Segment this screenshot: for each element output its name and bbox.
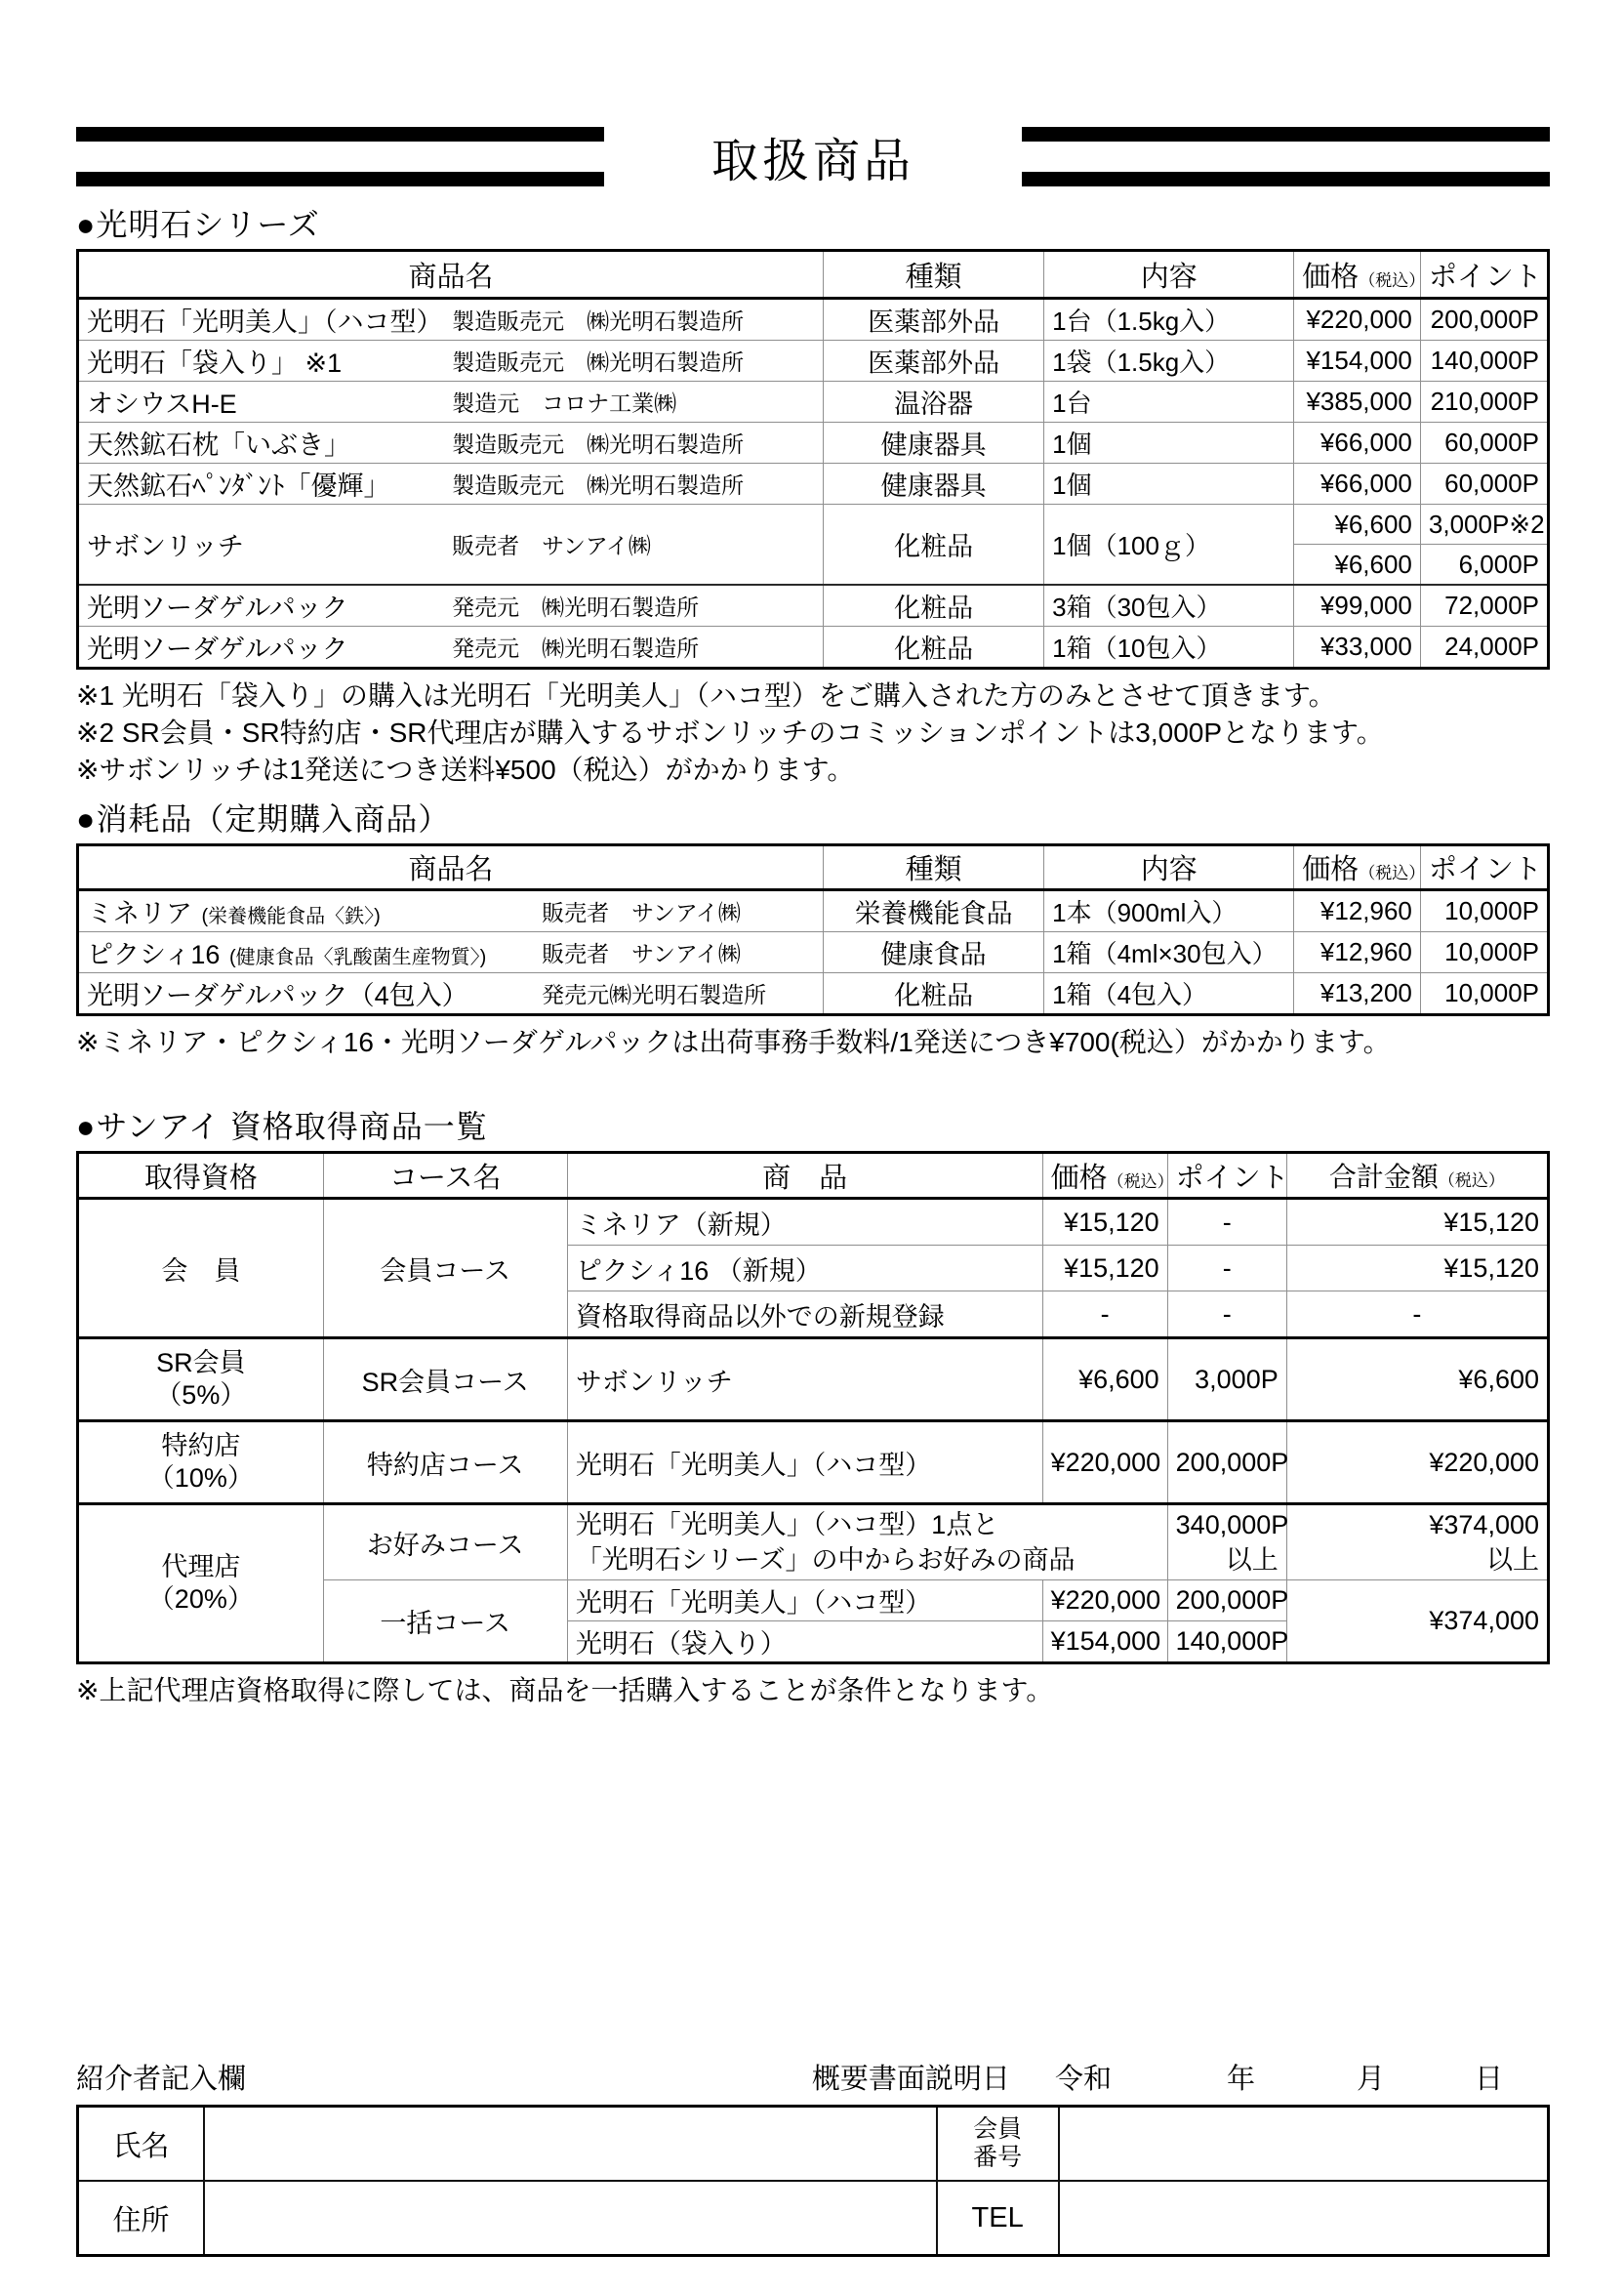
tax-label: （税込） bbox=[1108, 1172, 1174, 1191]
product-maker: 製造販売元 ㈱光明石製造所 bbox=[452, 468, 815, 500]
content-cell: 1個 bbox=[1044, 464, 1294, 505]
content-cell: 1袋（1.5kg入） bbox=[1044, 341, 1294, 382]
rank-cell: 特約店（10%） bbox=[78, 1421, 324, 1504]
product-maker: 発売元 ㈱光明石製造所 bbox=[452, 631, 815, 663]
title-rule-right bbox=[1022, 127, 1550, 186]
content-cell: 1本（900ml入） bbox=[1044, 890, 1294, 932]
product-maker: 販売者 サンアイ㈱ bbox=[452, 528, 815, 560]
product-name: 天然鉱石枕「いぶき」 bbox=[87, 424, 452, 462]
course-cell: 一括コース bbox=[323, 1580, 567, 1663]
product-name: ミネリア bbox=[87, 899, 192, 928]
type-cell: 温浴器 bbox=[824, 382, 1044, 423]
course-cell: 特約店コース bbox=[323, 1421, 567, 1504]
points-cell: 10,000P bbox=[1420, 890, 1548, 932]
price-cell: ¥66,000 bbox=[1294, 423, 1421, 464]
price-label: 価格 bbox=[1051, 1163, 1108, 1194]
col-header-price: 価格（税込） bbox=[1042, 1153, 1167, 1199]
price-cell: ¥220,000 bbox=[1042, 1580, 1167, 1621]
tax-label: （税込） bbox=[1359, 271, 1425, 290]
col-header-product: 商品名 bbox=[78, 845, 824, 890]
product-cell: 光明石「光明美人」（ハコ型） bbox=[567, 1580, 1042, 1621]
era-label: 令和 bbox=[1055, 2057, 1112, 2097]
type-cell: 栄養機能食品 bbox=[824, 890, 1044, 932]
qualification-table: 取得資格 コース名 商 品 価格（税込） ポイント 合計金額（税込） 会 員 会… bbox=[76, 1151, 1550, 1664]
table-row: 天然鉱石ﾍﾟﾝﾀﾞﾝﾄ「優輝」製造販売元 ㈱光明石製造所 健康器具 1個 ¥66… bbox=[78, 464, 1549, 505]
tax-label: （税込） bbox=[1439, 1171, 1505, 1190]
product-cell: 光明石「光明美人」（ハコ型）1点と「光明石シリーズ」の中からお好みの商品 bbox=[567, 1504, 1167, 1580]
points-cell: 200,000P bbox=[1167, 1421, 1286, 1504]
col-header-product: 商品名 bbox=[78, 251, 824, 299]
product-maker: 製造元 コロナ工業㈱ bbox=[452, 386, 815, 418]
points-cell: - bbox=[1167, 1199, 1286, 1246]
points-cell: 10,000P bbox=[1420, 932, 1548, 973]
col-header-points: ポイント bbox=[1420, 845, 1548, 890]
consumables-notes: ※ミネリア・ピクシィ16・光明ソーダゲルパックは出荷事務手数料/1発送につき¥7… bbox=[76, 1024, 1550, 1061]
document-header: 取扱商品 bbox=[76, 0, 1550, 190]
section-heading-komyoseki-series: ●光明石シリーズ bbox=[76, 206, 1550, 243]
price-cell: ¥220,000 bbox=[1294, 299, 1421, 341]
table-row: ピクシィ16 (健康食品〈乳酸菌生産物質〉)販売者 サンアイ㈱ 健康食品 1箱（… bbox=[78, 932, 1549, 973]
series-notes: ※1 光明石「袋入り」の購入は光明石「光明美人」（ハコ型）をご購入された方のみと… bbox=[76, 677, 1550, 789]
price-cell: ¥385,000 bbox=[1294, 382, 1421, 423]
product-line2: 「光明石シリーズ」の中からお好みの商品 bbox=[576, 1542, 1159, 1578]
table-row: 会 員 会員コース ミネリア（新規） ¥15,120 - ¥15,120 bbox=[78, 1199, 1549, 1246]
total-cell: - bbox=[1286, 1291, 1548, 1338]
product-name: 天然鉱石ﾍﾟﾝﾀﾞﾝﾄ「優輝」 bbox=[87, 465, 452, 503]
course-cell: 会員コース bbox=[323, 1199, 567, 1338]
form-member-no-input-area[interactable] bbox=[1059, 2107, 1549, 2182]
table-row: 光明石「光明美人」（ハコ型）製造販売元 ㈱光明石製造所 医薬部外品 1台（1.5… bbox=[78, 299, 1549, 341]
member-no-line1: 会員 bbox=[939, 2115, 1057, 2144]
document-page: 取扱商品 ●光明石シリーズ 商品名 種類 内容 価格（税込） ポイント 光明石「… bbox=[0, 0, 1624, 2295]
type-cell: 化粧品 bbox=[824, 973, 1044, 1015]
points-cell: 340,000P以上 bbox=[1167, 1504, 1286, 1580]
price-cell: ¥220,000 bbox=[1042, 1421, 1167, 1504]
type-cell: 医薬部外品 bbox=[824, 299, 1044, 341]
product-name: 光明ソーダゲルパック bbox=[87, 628, 452, 666]
product-cell: 光明石（袋入り） bbox=[567, 1621, 1042, 1663]
price-cell: - bbox=[1042, 1291, 1167, 1338]
rank-line2: （5%） bbox=[87, 1379, 315, 1412]
col-header-content: 内容 bbox=[1044, 251, 1294, 299]
product-name: 光明石「袋入り」 ※1 bbox=[87, 342, 452, 380]
komyoseki-series-table: 商品名 種類 内容 価格（税込） ポイント 光明石「光明美人」（ハコ型）製造販売… bbox=[76, 249, 1550, 670]
tax-label: （税込） bbox=[1359, 864, 1425, 882]
total-line1: ¥374,000 bbox=[1295, 1507, 1539, 1542]
total-cell: ¥220,000 bbox=[1286, 1421, 1548, 1504]
points-cell: - bbox=[1167, 1291, 1286, 1338]
type-cell: 化粧品 bbox=[824, 627, 1044, 669]
month-label: 月 bbox=[1357, 2057, 1385, 2097]
content-cell: 1箱（4ml×30包入） bbox=[1044, 932, 1294, 973]
col-header-product: 商 品 bbox=[567, 1153, 1042, 1199]
product-cell: 光明石「光明美人」（ハコ型） bbox=[567, 1421, 1042, 1504]
content-cell: 1個 bbox=[1044, 423, 1294, 464]
product-annotation: (栄養機能食品〈鉄〉) bbox=[202, 906, 381, 927]
note-text: ※サボンリッチは1発送につき送料¥500（税込）がかかります。 bbox=[76, 752, 1550, 789]
content-cell: 1箱（10包入） bbox=[1044, 627, 1294, 669]
product-name: オシウスH-E bbox=[87, 383, 452, 421]
points-cell: 10,000P bbox=[1420, 973, 1548, 1015]
title-rule-left bbox=[76, 127, 604, 186]
table-header-row: 商品名 種類 内容 価格（税込） ポイント bbox=[78, 845, 1549, 890]
total-cell: ¥6,600 bbox=[1286, 1338, 1548, 1421]
price-cell: ¥13,200 bbox=[1294, 973, 1421, 1015]
product-cell: サボンリッチ bbox=[567, 1338, 1042, 1421]
form-row-name: 氏名 会員番号 bbox=[78, 2107, 1549, 2182]
price-label: 価格 bbox=[1302, 262, 1359, 293]
section-heading-consumables: ●消耗品（定期購入商品） bbox=[76, 800, 1550, 838]
points-cell: 3,000P bbox=[1167, 1338, 1286, 1421]
rank-line1: 代理店 bbox=[87, 1551, 315, 1583]
product-maker: 発売元㈱光明石製造所 bbox=[542, 977, 815, 1009]
table-row: 天然鉱石枕「いぶき」製造販売元 ㈱光明石製造所 健康器具 1個 ¥66,000 … bbox=[78, 423, 1549, 464]
col-header-points: ポイント bbox=[1167, 1153, 1286, 1199]
member-no-line2: 番号 bbox=[939, 2144, 1057, 2172]
form-address-input-area[interactable] bbox=[204, 2181, 936, 2256]
form-header: 紹介者記入欄 概要書面説明日 令和 年 月 日 bbox=[76, 2057, 1550, 2097]
table-row: SR会員（5%） SR会員コース サボンリッチ ¥6,600 3,000P ¥6… bbox=[78, 1338, 1549, 1421]
product-name: 光明石「光明美人」（ハコ型） bbox=[87, 301, 452, 339]
rank-cell: 会 員 bbox=[78, 1199, 324, 1338]
page-title: 取扱商品 bbox=[604, 123, 1022, 190]
rank-cell: 代理店（20%） bbox=[78, 1504, 324, 1663]
points-cell: 60,000P bbox=[1420, 464, 1548, 505]
qualification-notes: ※上記代理店資格取得に際しては、商品を一括購入することが条件となります。 bbox=[76, 1672, 1550, 1709]
rule-bar bbox=[76, 127, 604, 142]
rank-line2: （10%） bbox=[87, 1462, 315, 1495]
points-cell: - bbox=[1167, 1246, 1286, 1291]
product-maker: 製造販売元 ㈱光明石製造所 bbox=[452, 304, 815, 336]
content-cell: 3箱（30包入） bbox=[1044, 585, 1294, 627]
form-tel-input-area[interactable] bbox=[1059, 2181, 1549, 2256]
product-cell: ミネリア（新規） bbox=[567, 1199, 1042, 1246]
section-heading-qualification: ●サンアイ 資格取得商品一覧 bbox=[76, 1108, 1550, 1145]
points-cell: 60,000P bbox=[1420, 423, 1548, 464]
product-name: 光明ソーダゲルパック（4包入） bbox=[87, 974, 542, 1012]
type-cell: 健康器具 bbox=[824, 464, 1044, 505]
price-cell: ¥6,600 bbox=[1042, 1338, 1167, 1421]
points-cell: 24,000P bbox=[1420, 627, 1548, 669]
price-cell: ¥99,000 bbox=[1294, 585, 1421, 627]
table-row: 光明石「袋入り」 ※1製造販売元 ㈱光明石製造所 医薬部外品 1袋（1.5kg入… bbox=[78, 341, 1549, 382]
table-row: 光明ソーダゲルパック発売元 ㈱光明石製造所 化粧品 3箱（30包入） ¥99,0… bbox=[78, 585, 1549, 627]
type-cell: 化粧品 bbox=[824, 585, 1044, 627]
col-header-type: 種類 bbox=[824, 845, 1044, 890]
rule-bar bbox=[76, 172, 604, 186]
product-name: サボンリッチ bbox=[87, 525, 452, 563]
table-row: ミネリア (栄養機能食品〈鉄〉)販売者 サンアイ㈱ 栄養機能食品 1本（900m… bbox=[78, 890, 1549, 932]
price-cell: ¥15,120 bbox=[1042, 1199, 1167, 1246]
form-row-address: 住所 TEL bbox=[78, 2181, 1549, 2256]
total-cell: ¥15,120 bbox=[1286, 1246, 1548, 1291]
table-row: 代理店（20%） お好みコース 光明石「光明美人」（ハコ型）1点と「光明石シリー… bbox=[78, 1504, 1549, 1580]
referrer-form-table: 氏名 会員番号 住所 TEL bbox=[76, 2105, 1550, 2257]
rule-bar bbox=[1022, 127, 1550, 142]
points-cell: 140,000P bbox=[1167, 1621, 1286, 1663]
points-cell: 210,000P bbox=[1420, 382, 1548, 423]
points-cell: 6,000P bbox=[1420, 545, 1548, 586]
form-address-label: 住所 bbox=[78, 2181, 205, 2256]
product-annotation: (健康食品〈乳酸菌生産物質〉) bbox=[229, 947, 486, 968]
price-cell: ¥33,000 bbox=[1294, 627, 1421, 669]
content-cell: 1個（100ｇ） bbox=[1044, 505, 1294, 586]
table-header-row: 商品名 種類 内容 価格（税込） ポイント bbox=[78, 251, 1549, 299]
content-cell: 1台 bbox=[1044, 382, 1294, 423]
col-header-type: 種類 bbox=[824, 251, 1044, 299]
note-text: ※上記代理店資格取得に際しては、商品を一括購入することが条件となります。 bbox=[76, 1672, 1550, 1709]
note-text: ※1 光明石「袋入り」の購入は光明石「光明美人」（ハコ型）をご購入された方のみと… bbox=[76, 677, 1550, 715]
table-row: サボンリッチ販売者 サンアイ㈱ 化粧品 1個（100ｇ） ¥6,600 3,00… bbox=[78, 505, 1549, 545]
rank-line1: SR会員 bbox=[87, 1347, 315, 1379]
col-header-rank: 取得資格 bbox=[78, 1153, 324, 1199]
content-cell: 1台（1.5kg入） bbox=[1044, 299, 1294, 341]
price-cell: ¥66,000 bbox=[1294, 464, 1421, 505]
note-text: ※2 SR会員・SR特約店・SR代理店が購入するサボンリッチのコミッションポイン… bbox=[76, 715, 1550, 752]
col-header-total: 合計金額（税込） bbox=[1286, 1153, 1548, 1199]
col-header-price: 価格（税込） bbox=[1294, 251, 1421, 299]
col-header-course: コース名 bbox=[323, 1153, 567, 1199]
product-line1: 光明石「光明美人」（ハコ型）1点と bbox=[576, 1507, 1159, 1542]
content-cell: 1箱（4包入） bbox=[1044, 973, 1294, 1015]
price-label: 価格 bbox=[1302, 854, 1359, 885]
total-cell: ¥15,120 bbox=[1286, 1199, 1548, 1246]
day-label: 日 bbox=[1475, 2057, 1503, 2097]
product-maker: 製造販売元 ㈱光明石製造所 bbox=[452, 427, 815, 459]
product-name: ピクシィ16 bbox=[87, 940, 220, 969]
total-label: 合計金額 bbox=[1329, 1162, 1439, 1192]
rank-line2: （20%） bbox=[87, 1583, 315, 1616]
points-cell: 72,000P bbox=[1420, 585, 1548, 627]
price-cell: ¥12,960 bbox=[1294, 890, 1421, 932]
table-header-row: 取得資格 コース名 商 品 価格（税込） ポイント 合計金額（税込） bbox=[78, 1153, 1549, 1199]
price-cell: ¥12,960 bbox=[1294, 932, 1421, 973]
table-row: 光明ソーダゲルパック（4包入）発売元㈱光明石製造所 化粧品 1箱（4包入） ¥1… bbox=[78, 973, 1549, 1015]
price-cell: ¥154,000 bbox=[1042, 1621, 1167, 1663]
table-row: 光明ソーダゲルパック発売元 ㈱光明石製造所 化粧品 1箱（10包入） ¥33,0… bbox=[78, 627, 1549, 669]
points-cell: 3,000P※2 bbox=[1420, 505, 1548, 545]
points-cell: 200,000P bbox=[1420, 299, 1548, 341]
form-name-input-area[interactable] bbox=[204, 2107, 936, 2182]
total-cell: ¥374,000以上 bbox=[1286, 1504, 1548, 1580]
product-maker: 販売者 サンアイ㈱ bbox=[542, 936, 815, 968]
type-cell: 健康食品 bbox=[824, 932, 1044, 973]
year-label: 年 bbox=[1227, 2057, 1255, 2097]
referrer-entry-label: 紹介者記入欄 bbox=[76, 2057, 246, 2097]
course-cell: SR会員コース bbox=[323, 1338, 567, 1421]
col-header-price: 価格（税込） bbox=[1294, 845, 1421, 890]
total-cell: ¥374,000 bbox=[1286, 1580, 1548, 1663]
col-header-content: 内容 bbox=[1044, 845, 1294, 890]
course-cell: お好みコース bbox=[323, 1504, 567, 1580]
price-cell: ¥15,120 bbox=[1042, 1246, 1167, 1291]
type-cell: 健康器具 bbox=[824, 423, 1044, 464]
table-row: 特約店（10%） 特約店コース 光明石「光明美人」（ハコ型） ¥220,000 … bbox=[78, 1421, 1549, 1504]
product-maker: 発売元 ㈱光明石製造所 bbox=[452, 590, 815, 622]
table-row: オシウスH-E製造元 コロナ工業㈱ 温浴器 1台 ¥385,000 210,00… bbox=[78, 382, 1549, 423]
price-cell: ¥6,600 bbox=[1294, 545, 1421, 586]
points-cell: 200,000P bbox=[1167, 1580, 1286, 1621]
product-cell: 資格取得商品以外での新規登録 bbox=[567, 1291, 1042, 1338]
note-text: ※ミネリア・ピクシィ16・光明ソーダゲルパックは出荷事務手数料/1発送につき¥7… bbox=[76, 1024, 1550, 1061]
summary-date-label: 概要書面説明日 bbox=[812, 2057, 1010, 2097]
price-cell: ¥6,600 bbox=[1294, 505, 1421, 545]
product-name: 光明ソーダゲルパック bbox=[87, 587, 452, 625]
col-header-points: ポイント bbox=[1420, 251, 1548, 299]
type-cell: 医薬部外品 bbox=[824, 341, 1044, 382]
points-cell: 140,000P bbox=[1420, 341, 1548, 382]
points-line2: 以上 bbox=[1176, 1542, 1279, 1578]
product-maker: 製造販売元 ㈱光明石製造所 bbox=[452, 345, 815, 377]
consumables-table: 商品名 種類 内容 価格（税込） ポイント ミネリア (栄養機能食品〈鉄〉)販売… bbox=[76, 843, 1550, 1016]
product-cell: ピクシィ16 （新規） bbox=[567, 1246, 1042, 1291]
points-line1: 340,000P bbox=[1176, 1507, 1279, 1542]
form-member-no-label: 会員番号 bbox=[937, 2107, 1059, 2182]
form-name-label: 氏名 bbox=[78, 2107, 205, 2182]
product-maker: 販売者 サンアイ㈱ bbox=[542, 895, 815, 927]
rank-cell: SR会員（5%） bbox=[78, 1338, 324, 1421]
rule-bar bbox=[1022, 172, 1550, 186]
summary-date-line: 概要書面説明日 令和 年 月 日 bbox=[812, 2057, 1503, 2097]
type-cell: 化粧品 bbox=[824, 505, 1044, 586]
price-cell: ¥154,000 bbox=[1294, 341, 1421, 382]
rank-line1: 特約店 bbox=[87, 1430, 315, 1462]
form-tel-label: TEL bbox=[937, 2181, 1059, 2256]
total-line2: 以上 bbox=[1295, 1542, 1539, 1578]
